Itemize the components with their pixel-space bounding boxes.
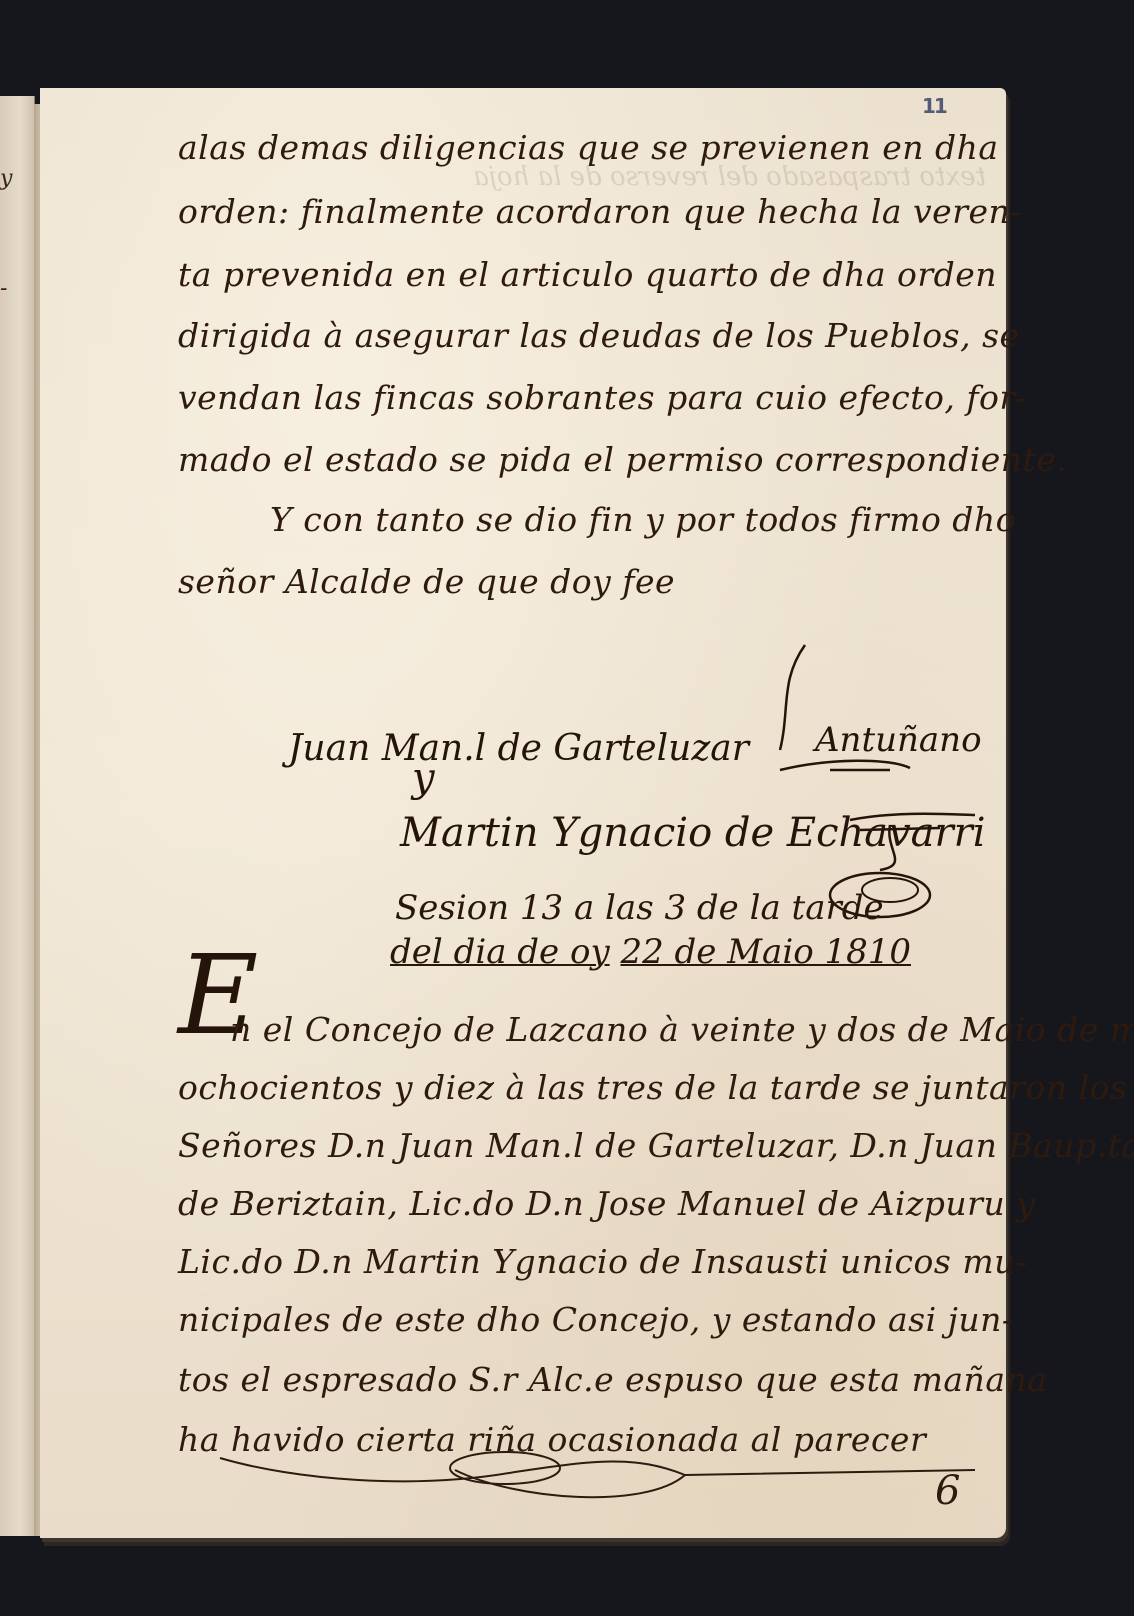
body-line: vendan las fincas sobrantes para cuio ef… [178, 378, 1027, 417]
session-heading-prefix: del dia de oy [390, 932, 610, 972]
session-heading-line2: del dia de oy 22 de Maio 1810 [390, 932, 911, 972]
session-date: 22 de Maio 1810 [620, 932, 911, 972]
session-line: Señores D.n Juan Man.l de Garteluzar, D.… [178, 1126, 1134, 1165]
bottom-flourish [215, 1450, 975, 1530]
session-line: nicipales de este dho Concejo, y estando… [178, 1300, 1014, 1339]
body-line: ta prevenida en el articulo quarto de dh… [178, 255, 997, 294]
session-line: tos el espresado S.r Alc.e espuso que es… [178, 1360, 1047, 1399]
signature-flourish [770, 740, 970, 780]
body-line: señor Alcalde de que doy fee [178, 562, 675, 601]
session-line: Lic.do D.n Martin Ygnacio de Insausti un… [178, 1242, 1028, 1281]
signature-garteluzar: Juan Man.l de Garteluzar [288, 728, 749, 769]
previous-page-edge: y - [0, 96, 35, 1536]
session-line: ochocientos y diez à las tres de la tard… [178, 1068, 1127, 1107]
session-heading-line1: Sesion 13 a las 3 de la tarde [395, 888, 884, 928]
body-line: Y con tanto se dio fin y por todos firmo… [270, 500, 1016, 539]
body-line: dirigida à asegurar las deudas de los Pu… [178, 316, 1020, 355]
signature-prefix: y [412, 755, 435, 801]
body-line: mado el estado se pida el permiso corres… [178, 440, 1067, 479]
folio-number: 11 [922, 94, 946, 118]
previous-page-mark: y [0, 166, 12, 191]
catchword: 6 [935, 1468, 960, 1514]
previous-page-mark: - [0, 276, 7, 301]
body-line: alas demas diligencias que se previenen … [178, 128, 999, 167]
body-line: orden: finalmente acordaron que hecha la… [178, 192, 1022, 231]
session-line: n el Concejo de Lazcano à veinte y dos d… [230, 1010, 1134, 1049]
session-line: de Beriztain, Lic.do D.n Jose Manuel de … [178, 1184, 1035, 1223]
